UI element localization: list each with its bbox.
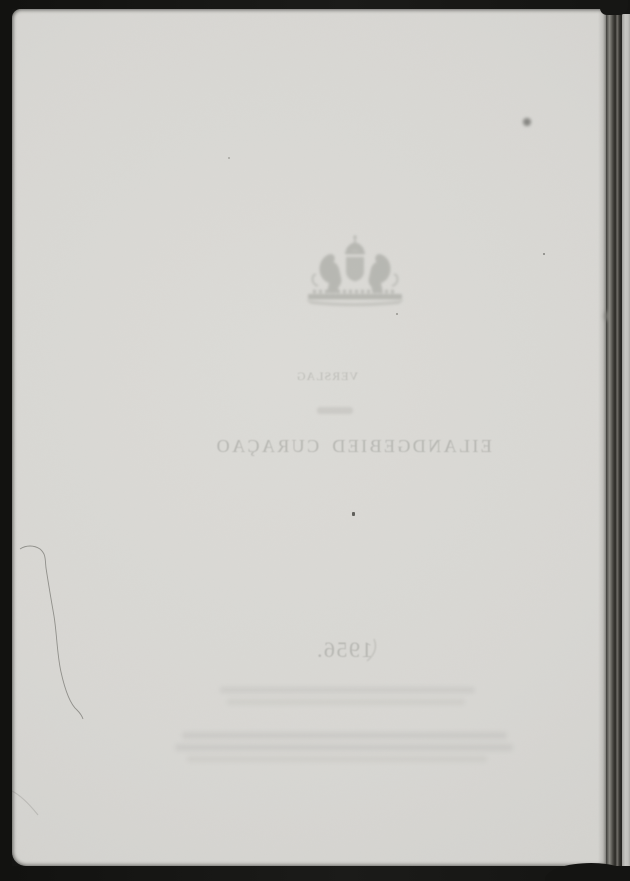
- adjacent-page-edge: [622, 14, 630, 866]
- ink-speck: [352, 512, 355, 516]
- book-gutter-shadow: [598, 9, 622, 866]
- dust-speck: [523, 118, 531, 126]
- book-scan: VERSLAG EILANDGEBIED CURAÇAO 1956.: [0, 0, 630, 881]
- blank-verso-page: VERSLAG EILANDGEBIED CURAÇAO 1956.: [12, 9, 606, 866]
- showthrough-title: VERSLAG: [267, 369, 387, 384]
- corner-crease: [12, 791, 38, 815]
- showthrough-paragraph-smudge: [175, 744, 513, 751]
- showthrough-paragraph-smudge: [182, 732, 507, 739]
- showthrough-paragraph-smudge: [220, 687, 475, 693]
- showthrough-paragraph-smudge: [227, 699, 465, 705]
- coat-of-arms-showthrough: [297, 233, 413, 309]
- showthrough-small-line-smudge: [317, 407, 353, 414]
- dust-speck: [396, 313, 398, 315]
- dust-speck: [543, 253, 545, 255]
- pen-flourish-mark: [364, 637, 384, 663]
- gutter-top-shadow: [600, 0, 628, 15]
- showthrough-paragraph-smudge: [187, 756, 487, 762]
- showthrough-region-line: EILANDGEBIED CURAÇAO: [203, 436, 503, 457]
- dust-speck: [228, 157, 230, 159]
